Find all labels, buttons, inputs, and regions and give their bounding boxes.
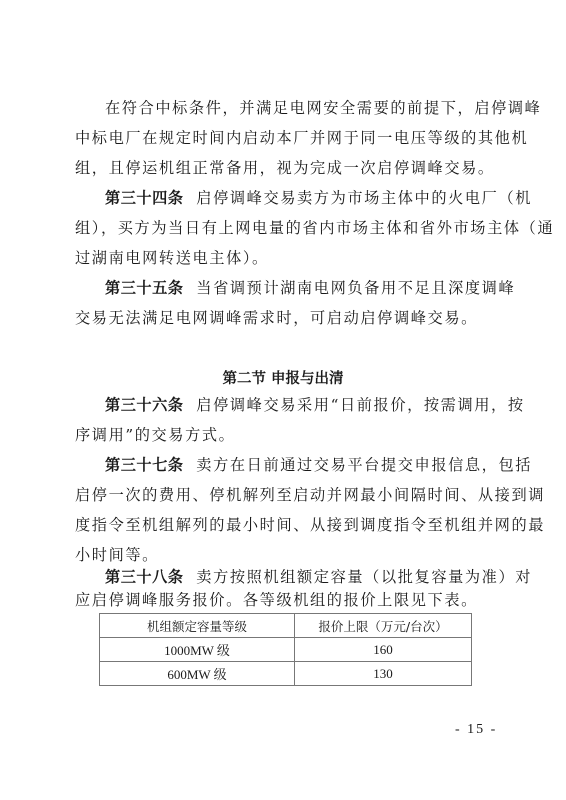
table-cell: 160 [295,638,472,662]
paragraph-line: 小时间等。 [75,545,495,565]
article-36-first-line: 第三十六条 启停调峰交易采用“日前报价，按需调用，按 [105,395,525,415]
article-37-first-line: 第三十七条 卖方在日前通过交易平台提交申报信息，包括 [105,455,525,475]
paragraph-line: 组），买方为当日有上网电量的省内市场主体和省外市场主体（通 [75,218,495,238]
table-header-cell: 机组额定容量等级 [100,614,295,638]
table-row: 1000MW 级 160 [100,638,472,662]
article-label: 第三十七条 [105,456,183,474]
article-34-first-line: 第三十四条 启停调峰交易卖方为市场主体中的火电厂（机 [105,188,525,208]
paragraph-line: 交易无法满足电网调峰需求时，可启动启停调峰交易。 [75,308,495,328]
paragraph-line: 启停一次的费用、停机解列至启动并网最小间隔时间、从接到调 [75,485,495,505]
article-label: 第三十四条 [105,189,183,207]
article-text: 卖方在日前通过交易平台提交申报信息，包括 [196,456,532,474]
article-text: 当省调预计湖南电网负备用不足且深度调峰 [196,279,515,297]
paragraph-line: 过湖南电网转送电主体）。 [75,248,495,268]
article-text: 启停调峰交易采用“日前报价，按需调用，按 [196,396,524,414]
article-label: 第三十六条 [105,396,183,414]
table-header-cell: 报价上限（万元/台次） [295,614,472,638]
document-page: 在符合中标条件，并满足电网安全需要的前提下，启停调峰 中标电厂在规定时间内启动本… [0,0,566,800]
paragraph-line: 应启停调峰服务报价。各等级机组的报价上限见下表。 [75,590,495,610]
price-cap-table: 机组额定容量等级 报价上限（万元/台次） 1000MW 级 160 600MW … [99,613,472,686]
table-cell: 130 [295,662,472,686]
paragraph-line: 组，且停运机组正常备用，视为完成一次启停调峰交易。 [75,158,495,178]
table-row: 600MW 级 130 [100,662,472,686]
article-label: 第三十五条 [105,279,183,297]
paragraph-line: 度指令至机组解列的最小时间、从接到调度指令至机组并网的最 [75,515,495,535]
table-cell: 1000MW 级 [100,638,295,662]
article-38-first-line: 第三十八条 卖方按照机组额定容量（以批复容量为准）对 [105,567,525,587]
paragraph-line: 中标电厂在规定时间内启动本厂并网于同一电压等级的其他机 [75,128,495,148]
article-label: 第三十八条 [105,568,183,586]
page-number: - 15 - [455,722,497,738]
article-text: 卖方按照机组额定容量（以批复容量为准）对 [196,568,532,586]
paragraph-line: 序调用”的交易方式。 [75,425,495,445]
section-heading: 第二节 申报与出清 [0,367,566,388]
table-cell: 600MW 级 [100,662,295,686]
article-text: 启停调峰交易卖方为市场主体中的火电厂（机 [196,189,532,207]
table-header-row: 机组额定容量等级 报价上限（万元/台次） [100,614,472,638]
paragraph-line: 在符合中标条件，并满足电网安全需要的前提下，启停调峰 [105,98,525,118]
article-35-first-line: 第三十五条 当省调预计湖南电网负备用不足且深度调峰 [105,278,525,298]
